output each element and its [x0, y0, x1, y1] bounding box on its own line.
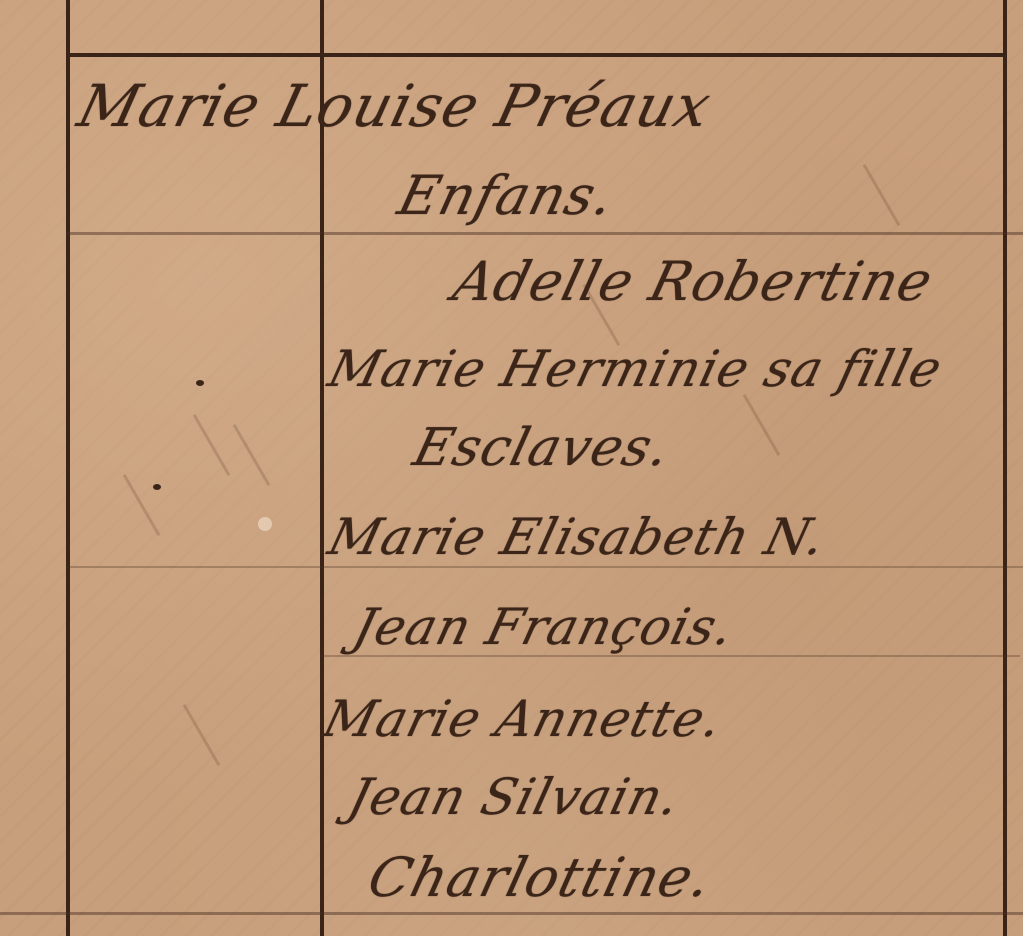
- bleed-through-mark: [863, 164, 901, 226]
- ink-blot: [196, 380, 204, 386]
- entry-child-1: Adelle Robertine: [447, 250, 939, 313]
- paper-fleck: [258, 517, 272, 531]
- bleed-through-mark: [743, 394, 781, 456]
- bleed-through-mark: [193, 414, 231, 476]
- column-divider-rule: [320, 0, 324, 936]
- entry-person-1: Marie Elisabeth N.: [323, 508, 832, 566]
- ink-blot: [153, 484, 161, 490]
- right-margin-rule: [1003, 0, 1007, 936]
- bleed-through-mark: [183, 704, 221, 766]
- entry-person-4: Jean Silvain.: [343, 768, 686, 826]
- row-rule-4: [0, 912, 1023, 915]
- entry-person-5: Charlottine.: [362, 846, 718, 909]
- entry-principal-name: Marie Louise Préaux: [72, 72, 719, 140]
- entry-children-heading: Enfans.: [392, 164, 621, 227]
- entry-person-3: Marie Annette.: [318, 690, 729, 748]
- row-rule-2: [66, 566, 1023, 568]
- header-rule: [66, 53, 1007, 57]
- bleed-through-mark: [233, 424, 271, 486]
- entry-person-2: Jean François.: [348, 598, 740, 656]
- entry-child-2: Marie Herminie sa fille: [323, 340, 948, 398]
- register-page: Marie Louise Préaux Enfans. Adelle Rober…: [0, 0, 1023, 936]
- row-rule-1: [66, 232, 1023, 235]
- left-margin-rule: [66, 0, 70, 936]
- entry-slaves-heading: Esclaves.: [408, 418, 677, 478]
